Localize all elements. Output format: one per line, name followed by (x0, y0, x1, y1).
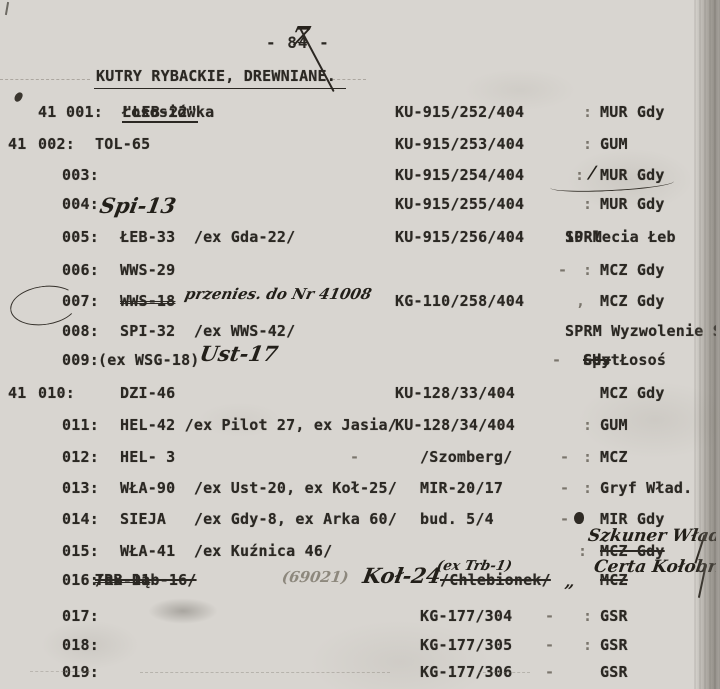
row-number: 002: (38, 136, 75, 152)
typed-text: /ex Dąb-16/ (95, 572, 197, 588)
row-prefix: 41 (8, 385, 26, 401)
registry-row: 011:HEL-42 /ex Pilot 27, ex Jasia/KU-128… (0, 417, 716, 439)
typed-text: SPI-32 /ex WWS-42/ (120, 323, 295, 339)
typed-text: GSR (600, 608, 628, 624)
handwritten-note: Ust-17 (198, 344, 279, 364)
faint-dash: - (350, 449, 359, 465)
ink-smudge (148, 598, 218, 624)
typed-text: MCZ Gdy (600, 293, 665, 309)
typed-text: SIEJA /ex Gdy-8, ex Arka 60/ (120, 511, 397, 527)
faint-dash: - (560, 449, 569, 465)
faint-dash-line-bottom-left (30, 671, 90, 672)
registry-row: 005:ŁEB-33 /ex Gda-22/KU-915/256/404SPRM… (0, 229, 716, 251)
typed-text: WŁA-90 /ex Ust-20, ex Koł-25/ (120, 480, 397, 496)
owner-separator: : (583, 637, 592, 653)
registration-number: KU-915/254/404 (395, 167, 524, 183)
registration-number: KU-915/253/404 (395, 136, 524, 152)
registry-row: 41010:DZI-46KU-128/33/404MCZ Gdy (0, 385, 716, 407)
registration-number: KU-128/34/404 (395, 417, 515, 433)
faint-dash: - (560, 511, 569, 527)
owner-separator: : (583, 480, 592, 496)
registry-row: 012:HEL- 3/Szomberg/--:MCZ (0, 449, 716, 471)
faint-dash: - (545, 664, 554, 680)
registry-row: 019:KG-177/306-GSR (0, 664, 716, 686)
typed-text: Gryf Wład. (600, 480, 692, 496)
owner-separator: : (583, 136, 592, 152)
handwritten-note: (69021) (281, 570, 349, 585)
typed-text: (ex WSG-18) (98, 352, 200, 368)
row-number: 012: (62, 449, 99, 465)
row-number: 004: (62, 196, 99, 212)
faint-dash-line-bottom (140, 672, 390, 673)
row-number: 019: (62, 664, 99, 680)
typed-text: HEL-42 /ex Pilot 27, ex Jasia/ (120, 417, 397, 433)
typed-text: GSR (600, 664, 628, 680)
typed-text: MCZ (600, 449, 628, 465)
vessel-name-extra: /Chlebionek/ (440, 572, 551, 588)
handwritten-note: (ex Trb-1) (436, 559, 514, 573)
registry-row: 007:WWS-18KG-110/258/404,MCZ Gdyprzenies… (0, 293, 716, 315)
row-number: 009: (62, 352, 99, 368)
typed-text: Ust (583, 352, 620, 368)
typed-text: TOL-65 (95, 136, 150, 152)
registration-number: KU-915/256/404 (395, 229, 524, 245)
registry-row: 009:(ex WSG-18)-Sp. Łosoś Gdy UstUst-17 (0, 352, 716, 374)
typed-text: WŁA-41 /ex Kuźnica 46/ (120, 543, 332, 559)
typed-text: GUM (600, 136, 628, 152)
registration-number: MIR-20/17 (420, 480, 503, 496)
registration-number: KG-177/305 (420, 637, 512, 653)
typed-text: MIR Gdy (600, 511, 665, 527)
faint-dash-line-bottom-right (478, 672, 530, 673)
registration-number: KU-128/33/404 (395, 385, 515, 401)
owner-separator: : (583, 417, 592, 433)
row-number: 006: (62, 262, 99, 278)
page-edge-shadow (694, 0, 720, 689)
typed-text: WWS-29 (120, 262, 175, 278)
typed-text: GUM (600, 417, 628, 433)
owner-separator: : (583, 608, 592, 624)
row-number: 005: (62, 229, 99, 245)
registry-row: 008:SPI-32 /ex WWS-42/SPRM Wyzwolenie S (0, 323, 716, 345)
typed-text: MCZ Gdy (600, 262, 665, 278)
registry-row: 016:TRB-11 /ex Dąb-16//Chlebionek/MCZ(69… (0, 572, 716, 594)
row-number: 003: (62, 167, 99, 183)
faint-dash: - (545, 608, 554, 624)
registry-row: 006:WWS-29-:MCZ Gdy (0, 262, 716, 284)
registration-number: /Szomberg/ (420, 449, 512, 465)
rows-layer: 41001:Łososiówka "ŁEB-22"KU-915/252/404:… (0, 0, 716, 689)
owner-separator: : (578, 543, 587, 559)
handwritten-text: Spi-13 (98, 196, 177, 216)
owner-separator: : (583, 104, 592, 120)
row-number: 013: (62, 480, 99, 496)
registration-number: KG-177/304 (420, 608, 512, 624)
owner-separator: : (583, 196, 592, 212)
handwritten-note: Koł-24 (361, 566, 442, 586)
typed-text: 10-lecia Łeb (565, 229, 676, 245)
registry-row: 017:KG-177/304-:GSR (0, 608, 716, 630)
row-number: 015: (62, 543, 99, 559)
row-number: 017: (62, 608, 99, 624)
registration-number: KU-915/255/404 (395, 196, 524, 212)
typed-text: GSR (600, 637, 628, 653)
registry-row: 004:Spi-13KU-915/255/404:MUR Gdy (0, 196, 716, 218)
owner-separator: , (576, 293, 585, 309)
row-number: 010: (38, 385, 75, 401)
registry-row: 013:WŁA-90 /ex Ust-20, ex Koł-25/MIR-20/… (0, 480, 716, 502)
registration-number: KU-915/252/404 (395, 104, 524, 120)
row-number: 016: (62, 572, 99, 588)
ink-blot-center (574, 512, 584, 524)
typed-text: HEL- 3 (120, 449, 175, 465)
row-number: 008: (62, 323, 99, 339)
scanned-registry-page: - 84 - 7 KUTRY RYBACKIE, DREWNIANE. 4100… (0, 0, 720, 689)
faint-dash: - (545, 637, 554, 653)
row-prefix: 41 (8, 136, 26, 152)
handwritten-note: przenies. do Nr 41008 (183, 287, 372, 302)
typed-text: MUR Gdy (600, 104, 665, 120)
typed-text: MUR Gdy (600, 196, 665, 212)
registry-row: 015:WŁA-41 /ex Kuźnica 46/:MCZ GdyCerta … (0, 543, 716, 565)
typed-text: WWS-18 (120, 293, 175, 309)
row-number: 018: (62, 637, 99, 653)
registry-row: 014:SIEJA /ex Gdy-8, ex Arka 60/bud. 5/4… (0, 511, 716, 533)
owner-separator: : (583, 449, 592, 465)
owner-separator: : (583, 262, 592, 278)
faint-dash: - (552, 352, 561, 368)
row-prefix: 41 (38, 104, 56, 120)
registration-number: bud. 5/4 (420, 511, 494, 527)
row-number: 011: (62, 417, 99, 433)
faint-dash: - (560, 480, 569, 496)
row-number: 001: (66, 104, 103, 120)
registration-number: KG-110/258/404 (395, 293, 524, 309)
typed-text: MCZ Gdy (600, 385, 665, 401)
registry-row: 41002:TOL-65KU-915/253/404:GUM (0, 136, 716, 158)
registry-row: 41001:Łososiówka "ŁEB-22"KU-915/252/404:… (0, 104, 716, 126)
typed-text: MCZ (600, 572, 628, 588)
typed-text: ŁEB-33 /ex Gda-22/ (120, 229, 295, 245)
row-number: 014: (62, 511, 99, 527)
typed-text: "ŁEB-22" (122, 104, 198, 123)
registry-row: 018:KG-177/305-:GSR (0, 637, 716, 659)
faint-dash: - (558, 262, 567, 278)
typed-text: DZI-46 (120, 385, 175, 401)
handwritten-note: „ (564, 574, 576, 591)
